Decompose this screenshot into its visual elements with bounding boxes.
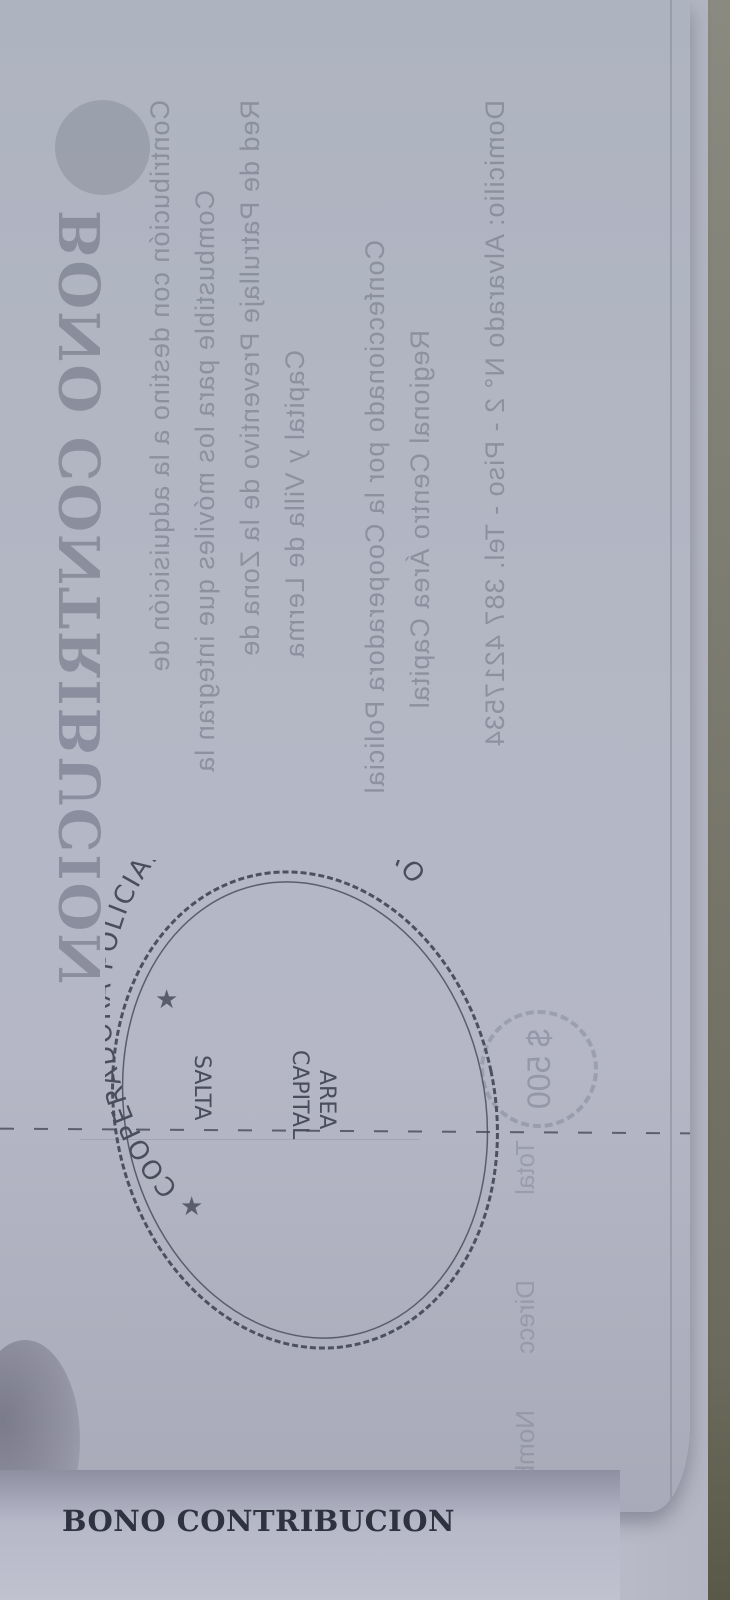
receipt-heading: BONO CONTRIBUCION [62,1504,455,1538]
bleed-line: Confeccionado por la Cooperadora Policia… [360,240,391,794]
official-stamp: COOPERADORA POLICIAL REGIONAL CENTRO ARE… [105,860,505,1360]
form-label-total: Total [510,1140,541,1195]
bleed-line: Contribución con destino a la adquisició… [145,100,176,672]
bleed-line: Domicilio: Alvarado N° 2 - Piso - Tel. 3… [480,100,511,747]
stamp-seal-icon: COOPERADORA POLICIAL REGIONAL CENTRO ARE… [105,860,505,1360]
receipt-page: BONO CONTRIBUCION Contribución con desti… [0,0,690,1512]
svg-text:SALTA: SALTA [189,1055,214,1120]
bleed-line: Regional Centro Área Capital [405,330,436,709]
bleed-line: Combustible para los móviles que integra… [190,190,221,773]
bleed-line: Red de Patrullaje Preventivo de la Zona … [235,100,266,657]
svg-text:CAPITAL: CAPITAL [287,1050,312,1140]
svg-text:AREA: AREA [314,1070,339,1129]
svg-text:COOPERADORA POLICIAL REGIONAL: COOPERADORA POLICIAL REGIONAL CENTRO [105,860,487,1211]
logo-icon [55,100,150,195]
svg-text:★: ★ [180,1192,203,1222]
svg-text:★: ★ [155,985,178,1015]
page-fold-line [670,0,672,1500]
bleed-line: Capital y Villa de Lerma [280,350,311,659]
form-label-direccion: Direcc [510,1280,541,1354]
